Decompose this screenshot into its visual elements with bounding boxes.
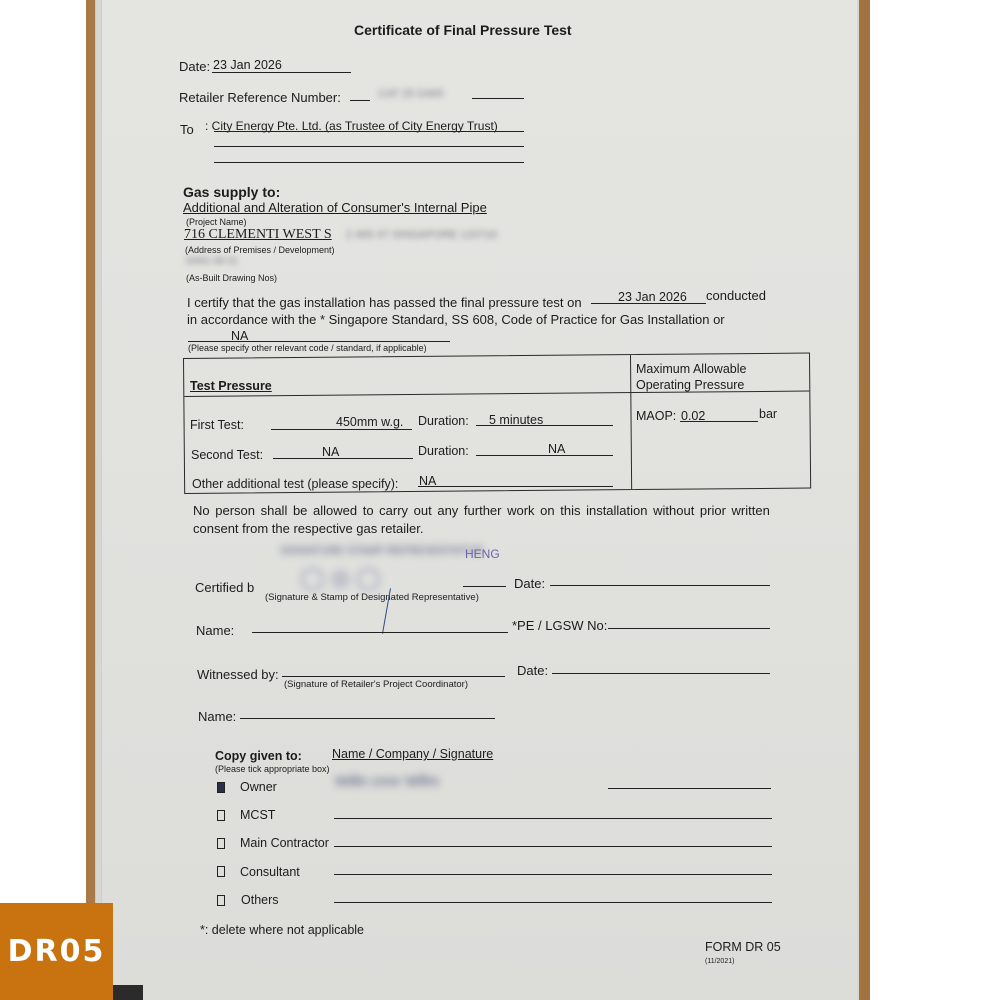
to-line-3 <box>214 162 524 163</box>
first-duration-label: Duration: <box>418 414 469 428</box>
second-test-line <box>273 458 413 459</box>
drawing-nos-caption: (As-Built Drawing Nos) <box>186 273 277 283</box>
copy-given-heading: Copy given to: <box>215 749 302 763</box>
maop-heading-2: Operating Pressure <box>636 378 744 392</box>
certified-name-line <box>252 632 508 633</box>
witness-name-label: Name: <box>198 709 236 724</box>
other-code-caption: (Please specify other relevant code / st… <box>188 343 427 353</box>
main-contractor-line <box>334 846 772 847</box>
other-test-line <box>418 486 613 487</box>
owner-signature-redacted: Willn cnnr Wlfm <box>335 773 439 790</box>
pe-line <box>608 628 770 629</box>
certify-date: 23 Jan 2026 <box>618 290 687 304</box>
consultant-line <box>334 874 772 875</box>
address-caption: (Address of Premises / Development) <box>185 245 335 255</box>
owner-label: Owner <box>240 780 277 794</box>
first-test-value: 450mm w.g. <box>336 415 403 429</box>
certified-by-caption: (Signature & Stamp of Designated Represe… <box>265 592 479 603</box>
others-checkbox[interactable] <box>217 895 225 906</box>
notice-line-2: consent from the respective gas retailer… <box>193 521 424 536</box>
address-value: 716 CLEMENTI WEST S <box>184 227 332 243</box>
copy-given-instruction: (Please tick appropriate box) <box>215 764 330 774</box>
consultant-checkbox[interactable] <box>217 866 225 877</box>
certified-date-label: Date: <box>514 576 545 591</box>
first-duration-line <box>476 425 613 426</box>
retailer-ref-redacted: CAT 25 D465 <box>378 88 444 100</box>
table-divider-vertical <box>630 355 632 489</box>
witness-name-line <box>240 718 495 719</box>
gas-supply-heading: Gas supply to: <box>183 184 280 200</box>
mcst-checkbox[interactable] <box>217 810 225 821</box>
certified-by-label: Certified b <box>195 580 254 595</box>
certify-date-line <box>591 303 706 304</box>
other-code-line <box>188 341 450 342</box>
badge-label: DR05 <box>0 903 113 1000</box>
first-test-line <box>271 429 412 430</box>
test-pressure-heading: Test Pressure <box>190 379 272 393</box>
other-test-label: Other additional test (please specify): <box>192 477 398 491</box>
witness-date-line <box>552 673 770 674</box>
date-value: 23 Jan 2026 <box>213 58 282 72</box>
second-duration-label: Duration: <box>418 444 469 458</box>
to-line-2 <box>214 146 524 147</box>
certify-text-2: conducted <box>706 288 766 303</box>
certified-by-line <box>463 586 506 587</box>
pe-label: *PE / LGSW No: <box>512 618 607 633</box>
maop-unit: bar <box>759 407 777 421</box>
witnessed-by-caption: (Signature of Retailer's Project Coordin… <box>284 679 468 690</box>
project-name-value: Additional and Alteration of Consumer's … <box>183 200 487 215</box>
retailer-ref-line-right <box>472 98 524 99</box>
stamp-seal-redacted: ◯ ◎ ◯ <box>300 565 381 591</box>
witness-date-label: Date: <box>517 663 548 678</box>
form-version: (11/2021) <box>705 958 734 965</box>
notice-line-1: No person shall be allowed to carry out … <box>193 503 770 518</box>
maop-label: MAOP: <box>636 409 676 423</box>
owner-checkbox[interactable] <box>217 782 225 793</box>
drawing-nos-redacted: DWG 08 01 <box>186 256 238 267</box>
owner-line <box>608 788 771 789</box>
maop-heading-1: Maximum Allowable <box>636 362 746 376</box>
second-duration-value: NA <box>548 442 565 456</box>
mcst-line <box>334 818 772 819</box>
table-edge <box>113 985 143 1000</box>
second-test-label: Second Test: <box>191 448 263 462</box>
address-redacted: 2 465 47 SINGAPORE 120716 <box>346 229 497 241</box>
certificate-page <box>101 0 857 1000</box>
date-label: Date: <box>179 59 210 74</box>
others-line <box>334 902 772 903</box>
to-label: To <box>180 122 194 137</box>
footnote: *: delete where not applicable <box>200 923 364 937</box>
retailer-ref-line-left <box>350 100 370 101</box>
second-duration-line <box>476 455 613 456</box>
first-test-label: First Test: <box>190 418 244 432</box>
maop-line <box>680 421 758 422</box>
certify-text-1: I certify that the gas installation has … <box>187 295 582 310</box>
date-line <box>212 72 351 73</box>
main-contractor-label: Main Contractor <box>240 836 329 850</box>
mcst-label: MCST <box>240 808 275 822</box>
consultant-label: Consultant <box>240 865 300 879</box>
witnessed-by-line <box>282 676 505 677</box>
others-label: Others <box>241 893 279 907</box>
to-line-1 <box>214 131 524 132</box>
document-title: Certificate of Final Pressure Test <box>354 22 572 38</box>
witnessed-by-label: Witnessed by: <box>197 667 279 682</box>
form-number: FORM DR 05 <box>705 940 781 954</box>
stamp-visible-text: HENG <box>465 547 500 561</box>
project-name-caption: (Project Name) <box>186 217 247 227</box>
certified-date-line <box>550 585 770 586</box>
certify-text-3: in accordance with the * Singapore Stand… <box>187 312 725 327</box>
stamp-redacted: SIGNATURE STAMP REPRESENTATIVE <box>280 545 484 557</box>
second-test-value: NA <box>322 445 339 459</box>
retailer-ref-label: Retailer Reference Number: <box>179 90 341 105</box>
form-code-badge: DR05 <box>0 903 113 1000</box>
main-contractor-checkbox[interactable] <box>217 838 225 849</box>
copy-given-column-heading: Name / Company / Signature <box>332 747 493 761</box>
certified-name-label: Name: <box>196 623 234 638</box>
